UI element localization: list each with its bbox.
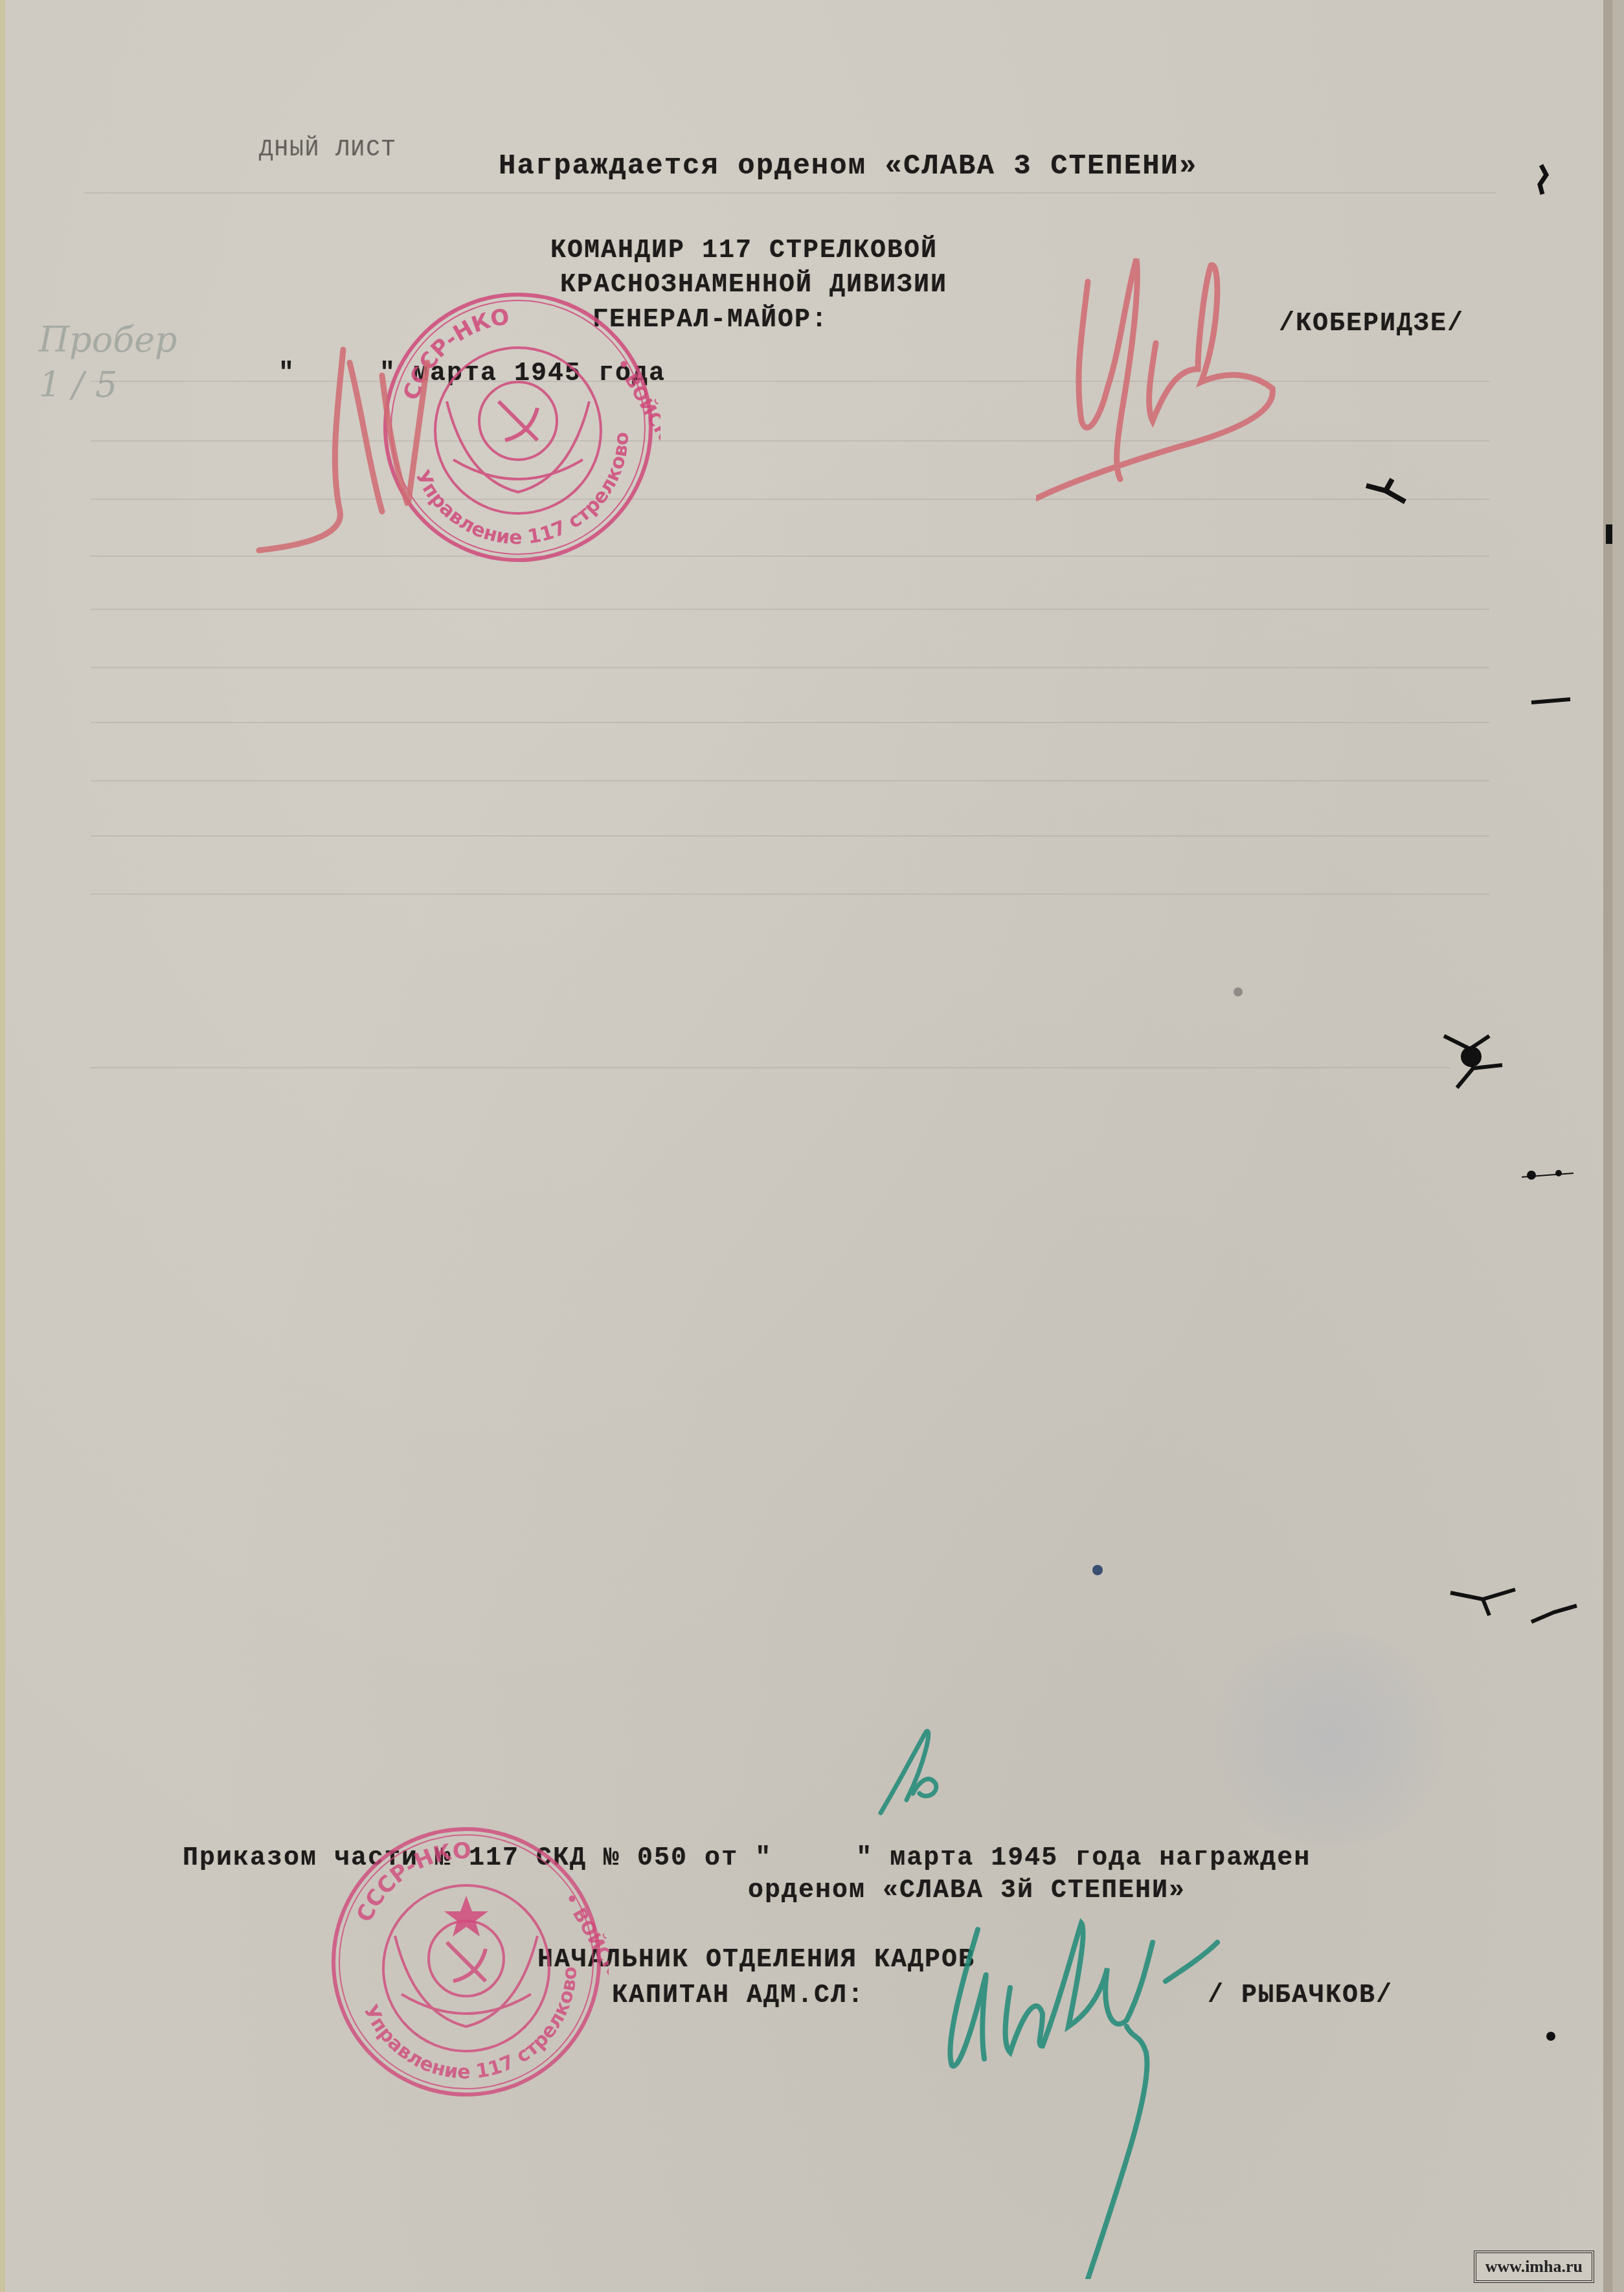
ink-spot <box>1088 1560 1107 1580</box>
punch-hole <box>1518 1165 1577 1185</box>
green-pencil-signature <box>907 1916 1295 2279</box>
ghost-form-line <box>84 192 1496 194</box>
faded-blue-stamp <box>1204 1632 1457 1845</box>
punch-hole <box>1528 693 1573 712</box>
punch-hole <box>1444 1580 1522 1619</box>
punch-hole <box>1541 2027 1561 2046</box>
order-line2: орденом «СЛАВА 3й СТЕПЕНИ» <box>748 1876 1186 1905</box>
ghost-form-line <box>91 780 1489 781</box>
ghost-form-line <box>91 893 1489 895</box>
punch-hole <box>1528 1599 1580 1632</box>
stain-spot <box>1230 984 1246 1000</box>
official-stamp-bottom: СССР-НКО Управление 117 стрелковой • ВОЙ… <box>324 1819 609 2104</box>
green-pencil-mark <box>868 1722 958 1819</box>
award-line: Награждается орденом «СЛАВА 3 СТЕПЕНИ» <box>499 150 1197 183</box>
punch-hole <box>1606 524 1619 550</box>
ghost-text: ДНЫЙ ЛИСТ <box>259 136 396 163</box>
ghost-form-line <box>91 835 1489 837</box>
site-watermark: www.imha.ru <box>1474 2251 1594 2283</box>
commander-title-line1: КОМАНДИР 117 СТРЕЛКОВОЙ <box>550 236 938 265</box>
document-page: ДНЫЙ ЛИСТ Пробер 1 / 5 Награждается орде… <box>0 0 1612 2292</box>
ghost-form-line <box>91 722 1489 723</box>
punch-hole <box>1438 1023 1509 1101</box>
paper-edge <box>0 0 5 2292</box>
punch-hole <box>1528 162 1554 201</box>
margin-pencil-note: Пробер 1 / 5 <box>39 317 177 408</box>
ghost-form-line <box>91 609 1489 610</box>
ghost-form-line <box>91 1067 1450 1068</box>
punch-hole <box>1360 473 1412 511</box>
red-pencil-initial <box>253 337 434 557</box>
red-pencil-signature <box>1036 246 1327 505</box>
chief-title-line2: КАПИТАН АДМ.СЛ: <box>612 1981 864 2010</box>
ghost-form-line <box>91 667 1489 668</box>
